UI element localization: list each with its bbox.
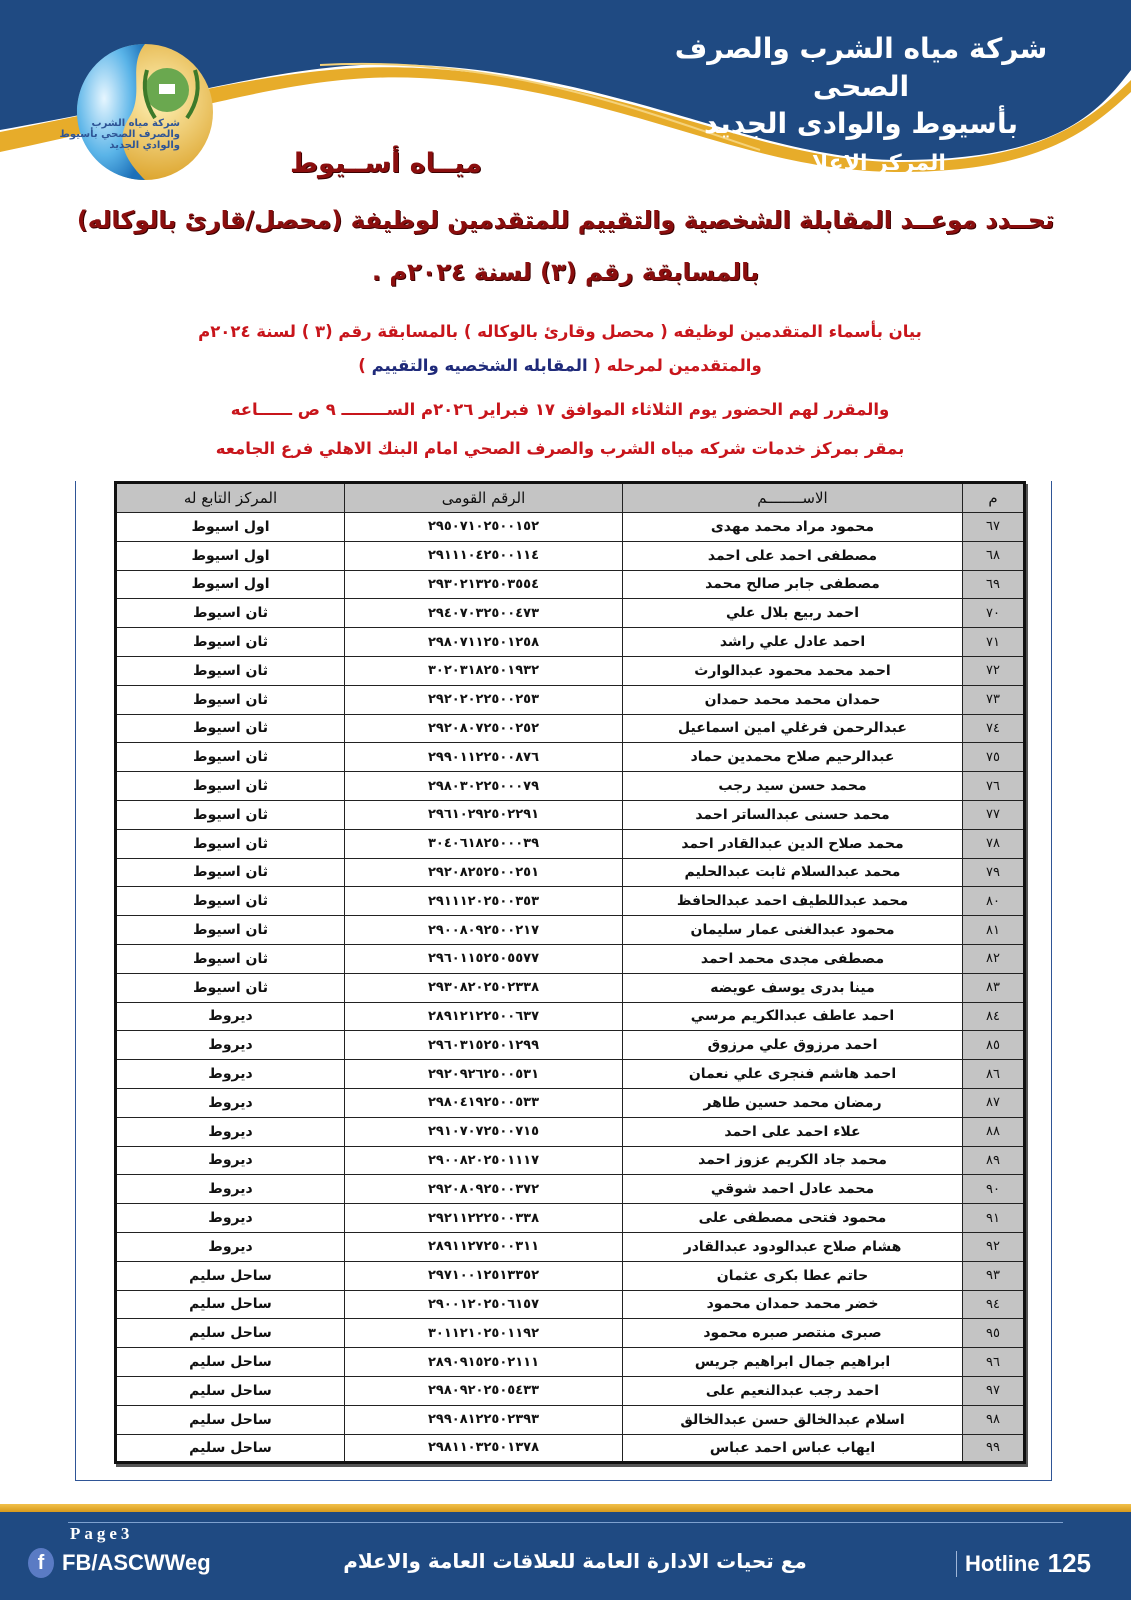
table-row: ٨٣مينا بدرى يوسف عويضه٢٩٣٠٨٢٠٢٥٠٢٣٣٨ثان … [116, 973, 1025, 1002]
assigned-center: ديروط [116, 1002, 345, 1031]
page-number: Page3 [70, 1524, 133, 1544]
row-number: ٨٠ [963, 887, 1025, 916]
table-row: ٩٧احمد رجب عبدالنعيم على٢٩٨٠٩٢٠٢٥٠٥٤٣٣سا… [116, 1376, 1025, 1405]
table-body: ٦٧محمود مراد محمد مهدى٢٩٥٠٧١٠٢٥٠٠١٥٢اول … [116, 513, 1025, 1463]
assigned-center: ثان اسيوط [116, 944, 345, 973]
row-number: ٨٢ [963, 944, 1025, 973]
assigned-center: ساحل سليم [116, 1290, 345, 1319]
table-row: ٨١محمود عبدالغنى عمار سليمان٢٩٠٠٨٠٩٢٥٠٠٢… [116, 916, 1025, 945]
footer-divider [68, 1522, 1063, 1523]
table-row: ٩٨اسلام عبدالخالق حسن عبدالخالق٢٩٩٠٨١٢٢٥… [116, 1405, 1025, 1434]
facebook-icon: f [28, 1548, 54, 1578]
table-row: ٧٤عبدالرحمن فرغلي امين اسماعيل٢٩٢٠٨٠٧٢٥٠… [116, 714, 1025, 743]
national-id: ٢٩٤٠٧٠٣٢٥٠٠٤٧٣ [345, 599, 623, 628]
applicant-name: مصطفى مجدى محمد احمد [623, 944, 963, 973]
announcement-headline-line2: بالمسابقة رقم (٣) لسنة ٢٠٢٤م . [0, 252, 1131, 292]
table-row: ٨٩محمد جاد الكريم عزوز احمد٢٩٠٠٨٢٠٢٥٠١١١… [116, 1146, 1025, 1175]
assigned-center: ثان اسيوط [116, 829, 345, 858]
hotline-number: 125 [1048, 1548, 1091, 1579]
row-number: ٧٦ [963, 772, 1025, 801]
notice-location: بمقر بمركز خدمات شركه مياه الشرب والصرف … [170, 432, 950, 466]
national-id: ٢٩٨٠٩٢٠٢٥٠٥٤٣٣ [345, 1376, 623, 1405]
applicant-name: احمد مرزوق علي مرزوق [623, 1031, 963, 1060]
national-id: ٢٩٣٠٨٢٠٢٥٠٢٣٣٨ [345, 973, 623, 1002]
applicants-table: م الاســــــــم الرقم القومى المركز التا… [114, 481, 1026, 1464]
table-row: ٧٩محمد عبدالسلام ثابت عبدالحليم٢٩٢٠٨٢٥٢٥… [116, 858, 1025, 887]
table-row: ٧٦محمد حسن سيد رجب٢٩٨٠٣٠٢٢٥٠٠٠٧٩ثان اسيو… [116, 772, 1025, 801]
applicant-name: محمد حسنى عبدالساتر احمد [623, 800, 963, 829]
notice-line-2: والمتقدمين لمرحله ( المقابله الشخصيه وال… [170, 349, 950, 383]
row-number: ٧٢ [963, 656, 1025, 685]
table-row: ٩٩ايهاب عباس احمد عباس٢٩٨١١٠٣٢٥٠١٣٧٨ساحل… [116, 1434, 1025, 1463]
applicant-name: مينا بدرى يوسف عويضه [623, 973, 963, 1002]
table-row: ٩٠محمد عادل احمد شوقي٢٩٢٠٨٠٩٢٥٠٠٣٧٢ديروط [116, 1175, 1025, 1204]
applicant-name: احمد رجب عبدالنعيم على [623, 1376, 963, 1405]
row-number: ٨٦ [963, 1060, 1025, 1089]
national-id: ٢٩٢١١٢٢٢٥٠٠٣٣٨ [345, 1204, 623, 1233]
national-id: ٢٩٥٠٧١٠٢٥٠٠١٥٢ [345, 513, 623, 542]
table-header-row: م الاســــــــم الرقم القومى المركز التا… [116, 483, 1025, 513]
assigned-center: ديروط [116, 1088, 345, 1117]
applicant-name: عبدالرحمن فرغلي امين اسماعيل [623, 714, 963, 743]
national-id: ٢٩٠٠٨٢٠٢٥٠١١١٧ [345, 1146, 623, 1175]
row-number: ٨٤ [963, 1002, 1025, 1031]
national-id: ٣٠١١٢١٠٢٥٠١١٩٢ [345, 1319, 623, 1348]
national-id: ٢٩٦٠١١٥٢٥٠٥٥٧٧ [345, 944, 623, 973]
row-number: ٨٧ [963, 1088, 1025, 1117]
hotline-separator [956, 1551, 957, 1577]
national-id: ٣٠٢٠٣١٨٢٥٠١٩٣٢ [345, 656, 623, 685]
applicant-name: حاتم عطا بكرى عثمان [623, 1261, 963, 1290]
footer-bar: Page3 f FB/ASCWWeg مع تحيات الادارة العا… [0, 1504, 1131, 1600]
logo-caption: شركة مياه الشرب والصرف الصحي بأسيوط والو… [50, 118, 180, 151]
national-id: ٢٩١١١٢٠٢٥٠٠٣٥٣ [345, 887, 623, 916]
assigned-center: ساحل سليم [116, 1376, 345, 1405]
row-number: ٩٦ [963, 1348, 1025, 1377]
applicant-name: احمد ربيع بلال علي [623, 599, 963, 628]
assigned-center: ثان اسيوط [116, 973, 345, 1002]
national-id: ٢٩٦٠٣١٥٢٥٠١٢٩٩ [345, 1031, 623, 1060]
row-number: ٧٧ [963, 800, 1025, 829]
applicant-name: محمد عادل احمد شوقي [623, 1175, 963, 1204]
row-number: ٧٣ [963, 685, 1025, 714]
applicant-name: احمد عادل علي راشد [623, 628, 963, 657]
table-row: ٧٣حمدان محمد محمد حمدان٢٩٢٠٢٠٢٢٥٠٠٢٥٣ثان… [116, 685, 1025, 714]
assigned-center: ديروط [116, 1146, 345, 1175]
applicant-name: مصطفى جابر صالح محمد [623, 570, 963, 599]
applicant-name: خضر محمد حمدان محمود [623, 1290, 963, 1319]
row-number: ٦٨ [963, 541, 1025, 570]
national-id: ٢٩٩٠١١٢٢٥٠٠٨٧٦ [345, 743, 623, 772]
national-id: ٢٩٩٠٨١٢٢٥٠٢٣٩٣ [345, 1405, 623, 1434]
assigned-center: ديروط [116, 1204, 345, 1233]
table-row: ٧٠احمد ربيع بلال علي٢٩٤٠٧٠٣٢٥٠٠٤٧٣ثان اس… [116, 599, 1025, 628]
row-number: ٩٣ [963, 1261, 1025, 1290]
applicant-name: حمدان محمد محمد حمدان [623, 685, 963, 714]
table-row: ٨٤احمد عاطف عبدالكريم مرسي٢٨٩١٢١٢٢٥٠٠٦٣٧… [116, 1002, 1025, 1031]
header-banner: شركة مياه الشرب والصرف الصحى بأسيوط والو… [0, 0, 1131, 200]
assigned-center: ثان اسيوط [116, 887, 345, 916]
row-number: ٧٩ [963, 858, 1025, 887]
national-id: ٢٩٢٠٨٠٩٢٥٠٠٣٧٢ [345, 1175, 623, 1204]
national-id: ٢٩٦١٠٢٩٢٥٠٢٢٩١ [345, 800, 623, 829]
table-row: ٩٦ابراهيم جمال ابراهيم جريس٢٨٩٠٩١٥٢٥٠٢١١… [116, 1348, 1025, 1377]
column-header-center: المركز التابع له [116, 483, 345, 513]
row-number: ٩١ [963, 1204, 1025, 1233]
hotline-label: Hotline [965, 1551, 1040, 1577]
applicant-name: محمد عبدالسلام ثابت عبدالحليم [623, 858, 963, 887]
row-number: ٨٨ [963, 1117, 1025, 1146]
applicant-name: محمد حسن سيد رجب [623, 772, 963, 801]
applicant-name: محمود عبدالغنى عمار سليمان [623, 916, 963, 945]
notice-stage-suffix: ) [358, 356, 366, 375]
row-number: ٧٠ [963, 599, 1025, 628]
applicant-name: محمد عبداللطيف احمد عبدالحافظ [623, 887, 963, 916]
applicant-name: محمود فتحى مصطفى على [623, 1204, 963, 1233]
assigned-center: ثان اسيوط [116, 743, 345, 772]
applicant-name: ابراهيم جمال ابراهيم جريس [623, 1348, 963, 1377]
table-row: ٩٢هشام صلاح عبدالودود عبدالقادر٢٨٩١١٢٧٢٥… [116, 1232, 1025, 1261]
assigned-center: ديروط [116, 1175, 345, 1204]
assigned-center: ثان اسيوط [116, 772, 345, 801]
applicant-name: مصطفى احمد على احمد [623, 541, 963, 570]
row-number: ٩٧ [963, 1376, 1025, 1405]
national-id: ٢٩١١١٠٤٢٥٠٠١١٤ [345, 541, 623, 570]
notice-stage-highlight: المقابله الشخصيه والتقييم [372, 356, 588, 375]
assigned-center: ساحل سليم [116, 1319, 345, 1348]
national-id: ٢٩٠٠١٢٠٢٥٠٦١٥٧ [345, 1290, 623, 1319]
column-header-name: الاســــــــم [623, 483, 963, 513]
row-number: ٦٧ [963, 513, 1025, 542]
applicant-name: صبرى منتصر صبره محمود [623, 1319, 963, 1348]
national-id: ٢٩٢٠٩٢٦٢٥٠٠٥٣١ [345, 1060, 623, 1089]
table-row: ٦٩مصطفى جابر صالح محمد٢٩٣٠٢١٣٢٥٠٣٥٥٤اول … [116, 570, 1025, 599]
table-row: ٦٧محمود مراد محمد مهدى٢٩٥٠٧١٠٢٥٠٠١٥٢اول … [116, 513, 1025, 542]
applicant-name: هشام صلاح عبدالودود عبدالقادر [623, 1232, 963, 1261]
row-number: ٩٤ [963, 1290, 1025, 1319]
applicant-name: محمد جاد الكريم عزوز احمد [623, 1146, 963, 1175]
assigned-center: ساحل سليم [116, 1434, 345, 1463]
assigned-center: ديروط [116, 1117, 345, 1146]
assigned-center: ثان اسيوط [116, 916, 345, 945]
row-number: ٧١ [963, 628, 1025, 657]
announcement-headline: تحــدد موعــد المقابلة الشخصية والتقييم … [0, 200, 1131, 240]
assigned-center: ثان اسيوط [116, 628, 345, 657]
assigned-center: اول اسيوط [116, 513, 345, 542]
row-number: ٧٨ [963, 829, 1025, 858]
applicant-name: رمضان محمد حسين طاهر [623, 1088, 963, 1117]
row-number: ٩٩ [963, 1434, 1025, 1463]
assigned-center: ساحل سليم [116, 1405, 345, 1434]
assigned-center: اول اسيوط [116, 541, 345, 570]
row-number: ٩٠ [963, 1175, 1025, 1204]
assigned-center: ساحل سليم [116, 1261, 345, 1290]
assigned-center: ثان اسيوط [116, 714, 345, 743]
row-number: ٦٩ [963, 570, 1025, 599]
national-id: ٢٩٠٠٨٠٩٢٥٠٠٢١٧ [345, 916, 623, 945]
column-header-number: م [963, 483, 1025, 513]
table-row: ٩٤خضر محمد حمدان محمود٢٩٠٠١٢٠٢٥٠٦١٥٧ساحل… [116, 1290, 1025, 1319]
assigned-center: ثان اسيوط [116, 685, 345, 714]
national-id: ٢٩٧١٠٠١٢٥١٣٣٥٢ [345, 1261, 623, 1290]
assigned-center: ساحل سليم [116, 1348, 345, 1377]
table-row: ٧٥عبدالرحيم صلاح محمدين حماد٢٩٩٠١١٢٢٥٠٠٨… [116, 743, 1025, 772]
national-id: ٢٩٨٠٤١٩٢٥٠٠٥٣٣ [345, 1088, 623, 1117]
notice-schedule: والمقرر لهم الحضور يوم الثلاثاء الموافق … [170, 393, 950, 427]
row-number: ٩٥ [963, 1319, 1025, 1348]
org-name-line2: بأسيوط والوادى الجديد [651, 106, 1071, 142]
applicant-name: احمد محمد محمود عبدالوارث [623, 656, 963, 685]
table-row: ٧٧محمد حسنى عبدالساتر احمد٢٩٦١٠٢٩٢٥٠٢٢٩١… [116, 800, 1025, 829]
national-id: ٢٨٩١١٢٧٢٥٠٠٣١١ [345, 1232, 623, 1261]
notice-line-1: بيان بأسماء المتقدمين لوظيفه ( محصل وقار… [170, 315, 950, 349]
row-number: ٩٢ [963, 1232, 1025, 1261]
facebook-link[interactable]: f FB/ASCWWeg [28, 1548, 211, 1578]
row-number: ٧٤ [963, 714, 1025, 743]
table-row: ٨٠محمد عبداللطيف احمد عبدالحافظ٢٩١١١٢٠٢٥… [116, 887, 1025, 916]
table-row: ٨٧رمضان محمد حسين طاهر٢٩٨٠٤١٩٢٥٠٠٥٣٣ديرو… [116, 1088, 1025, 1117]
notice-stage-prefix: والمتقدمين لمرحله ( [593, 356, 761, 375]
applicant-name: احمد هاشم فنجرى علي نعمان [623, 1060, 963, 1089]
brand-subtitle: ميــاه أســيوط [290, 148, 482, 179]
table-row: ٧٨محمد صلاح الدين عبدالقادر احمد٣٠٤٠٦١٨٢… [116, 829, 1025, 858]
facebook-handle: FB/ASCWWeg [62, 1550, 211, 1576]
table-row: ٨٥احمد مرزوق علي مرزوق٢٩٦٠٣١٥٢٥٠١٢٩٩ديرو… [116, 1031, 1025, 1060]
row-number: ٨٣ [963, 973, 1025, 1002]
national-id: ٢٩٣٠٢١٣٢٥٠٣٥٥٤ [345, 570, 623, 599]
organization-title: شركة مياه الشرب والصرف الصحى بأسيوط والو… [651, 30, 1071, 184]
assigned-center: ثان اسيوط [116, 599, 345, 628]
footer-message: مع تحيات الادارة العامة للعلاقات العامة … [330, 1549, 820, 1573]
assigned-center: ديروط [116, 1031, 345, 1060]
table-row: ٧٢احمد محمد محمود عبدالوارث٣٠٢٠٣١٨٢٥٠١٩٣… [116, 656, 1025, 685]
row-number: ٩٨ [963, 1405, 1025, 1434]
row-number: ٨٩ [963, 1146, 1025, 1175]
row-number: ٧٥ [963, 743, 1025, 772]
table-row: ٩١محمود فتحى مصطفى على٢٩٢١١٢٢٢٥٠٠٣٣٨ديرو… [116, 1204, 1025, 1233]
applicant-name: علاء احمد على احمد [623, 1117, 963, 1146]
company-logo-icon [45, 40, 230, 185]
applicant-name: ايهاب عباس احمد عباس [623, 1434, 963, 1463]
assigned-center: اول اسيوط [116, 570, 345, 599]
national-id: ٢٩٨١١٠٣٢٥٠١٣٧٨ [345, 1434, 623, 1463]
column-header-national-id: الرقم القومى [345, 483, 623, 513]
national-id: ٢٨٩٠٩١٥٢٥٠٢١١١ [345, 1348, 623, 1377]
national-id: ٢٩١٠٧٠٧٢٥٠٠٧١٥ [345, 1117, 623, 1146]
table-row: ٩٥صبرى منتصر صبره محمود٣٠١١٢١٠٢٥٠١١٩٢ساح… [116, 1319, 1025, 1348]
applicant-name: اسلام عبدالخالق حسن عبدالخالق [623, 1405, 963, 1434]
applicant-name: عبدالرحيم صلاح محمدين حماد [623, 743, 963, 772]
media-center-label: المركز الإعلامي [651, 144, 1071, 184]
table-row: ٦٨مصطفى احمد على احمد٢٩١١١٠٤٢٥٠٠١١٤اول ا… [116, 541, 1025, 570]
national-id: ٢٨٩١٢١٢٢٥٠٠٦٣٧ [345, 1002, 623, 1031]
national-id: ٢٩٢٠٨٢٥٢٥٠٠٢٥١ [345, 858, 623, 887]
assigned-center: ثان اسيوط [116, 858, 345, 887]
assigned-center: ثان اسيوط [116, 656, 345, 685]
national-id: ٢٩٨٠٧١١٢٥٠١٢٥٨ [345, 628, 623, 657]
applicant-name: احمد عاطف عبدالكريم مرسي [623, 1002, 963, 1031]
national-id: ٢٩٨٠٣٠٢٢٥٠٠٠٧٩ [345, 772, 623, 801]
applicants-table-container: م الاســــــــم الرقم القومى المركز التا… [114, 481, 1023, 1464]
national-id: ٢٩٢٠٢٠٢٢٥٠٠٢٥٣ [345, 685, 623, 714]
table-row: ٨٦احمد هاشم فنجرى علي نعمان٢٩٢٠٩٢٦٢٥٠٠٥٣… [116, 1060, 1025, 1089]
national-id: ٣٠٤٠٦١٨٢٥٠٠٠٣٩ [345, 829, 623, 858]
applicant-name: محمد صلاح الدين عبدالقادر احمد [623, 829, 963, 858]
table-row: ٩٣حاتم عطا بكرى عثمان٢٩٧١٠٠١٢٥١٣٣٥٢ساحل … [116, 1261, 1025, 1290]
assigned-center: ديروط [116, 1060, 345, 1089]
row-number: ٨٥ [963, 1031, 1025, 1060]
national-id: ٢٩٢٠٨٠٧٢٥٠٠٢٥٢ [345, 714, 623, 743]
assigned-center: ديروط [116, 1232, 345, 1261]
org-name-line1: شركة مياه الشرب والصرف الصحى [651, 30, 1071, 106]
table-row: ٧١احمد عادل علي راشد٢٩٨٠٧١١٢٥٠١٢٥٨ثان اس… [116, 628, 1025, 657]
table-row: ٨٨علاء احمد على احمد٢٩١٠٧٠٧٢٥٠٠٧١٥ديروط [116, 1117, 1025, 1146]
table-row: ٨٢مصطفى مجدى محمد احمد٢٩٦٠١١٥٢٥٠٥٥٧٧ثان … [116, 944, 1025, 973]
assigned-center: ثان اسيوط [116, 800, 345, 829]
hotline: Hotline125 [956, 1548, 1091, 1579]
applicant-name: محمود مراد محمد مهدى [623, 513, 963, 542]
row-number: ٨١ [963, 916, 1025, 945]
footer-gold-stripe [0, 1504, 1131, 1512]
